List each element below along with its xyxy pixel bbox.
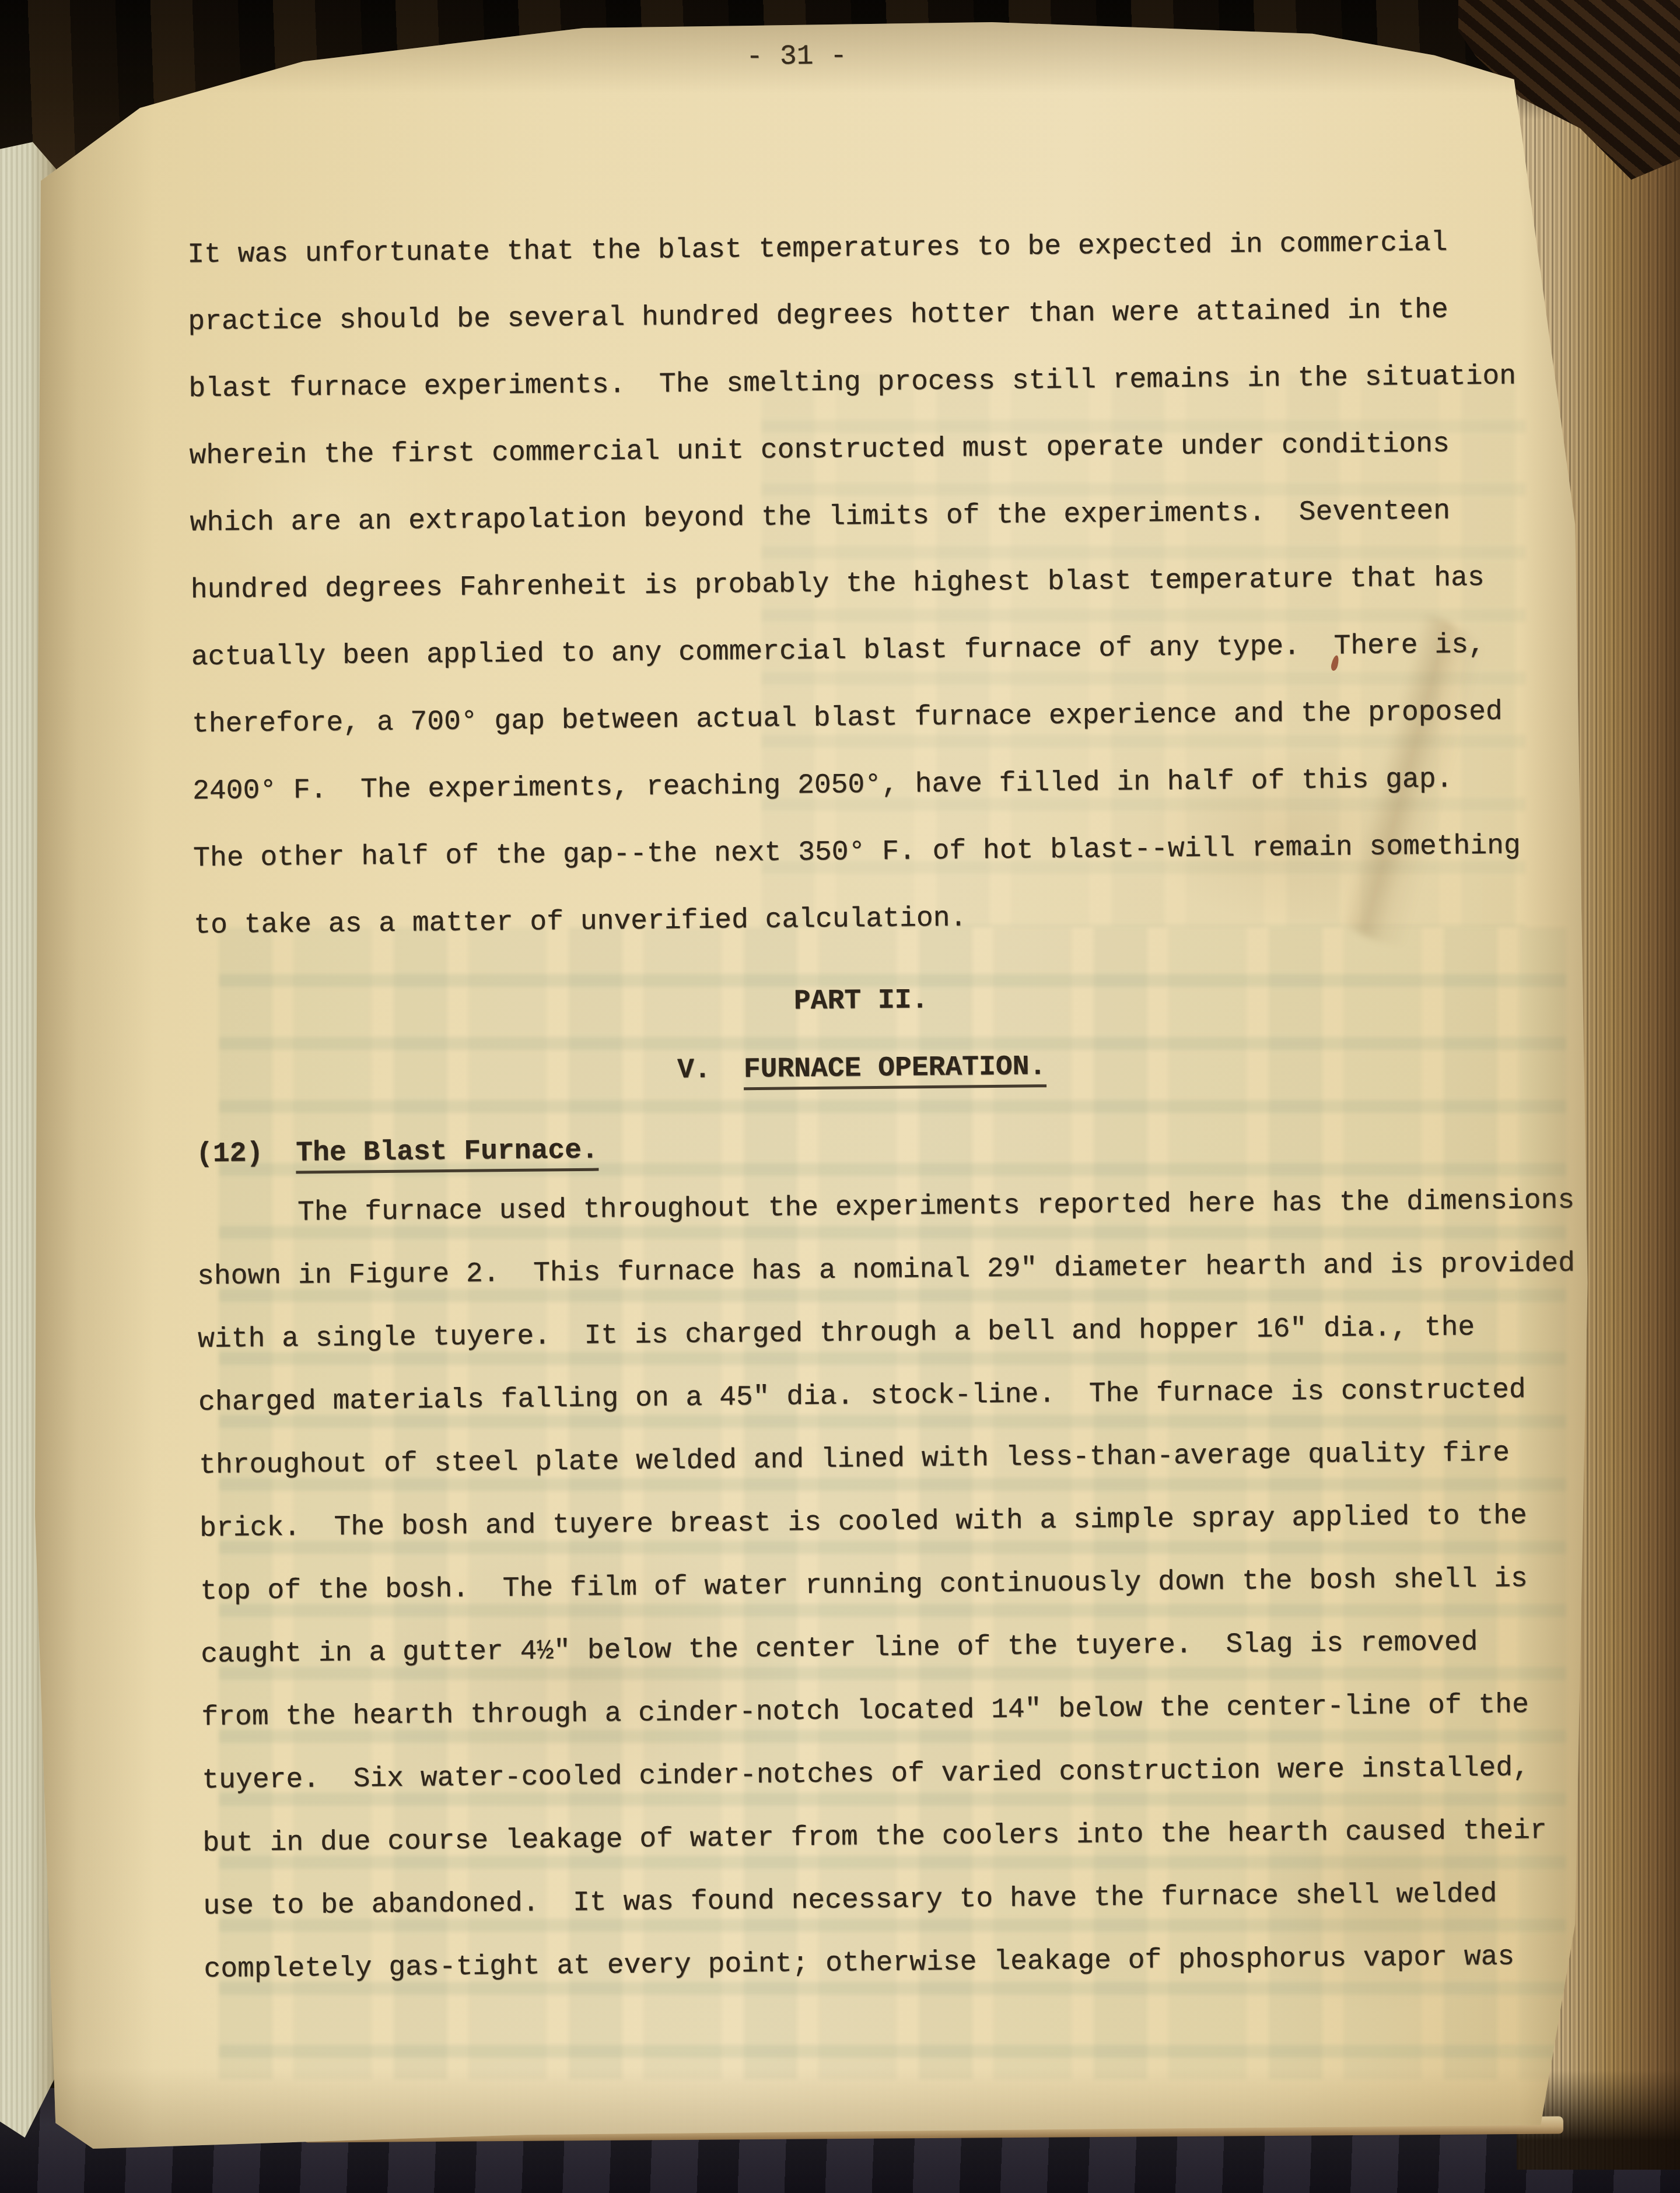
text-line: The other half of the gap--the next 350°… — [193, 831, 1521, 911]
section-number: V. — [677, 1055, 711, 1087]
section-title: FURNACE OPERATION. — [744, 1051, 1046, 1090]
part-heading: PART II. — [194, 979, 1527, 1023]
subsection-heading: (12)The Blast Furnace. — [196, 1135, 598, 1171]
section-heading: V.FURNACE OPERATION. — [195, 1046, 1528, 1091]
subsection-number: (12) — [196, 1138, 264, 1170]
document-page: - 31 - It was unfortunate that the blast… — [32, 17, 1595, 2155]
paragraph-furnace-description: The furnace used throughout the experime… — [197, 1186, 1583, 2018]
paragraph-blast-temperatures: It was unfortunate that the blast temper… — [187, 227, 1522, 978]
typewritten-text: - 31 - It was unfortunate that the blast… — [22, 10, 1605, 2163]
text-line: completely gas-tight at every point; oth… — [204, 1942, 1582, 2018]
subsection-title: The Blast Furnace. — [296, 1135, 598, 1174]
text-line: to take as a matter of unverified calcul… — [194, 898, 1522, 978]
